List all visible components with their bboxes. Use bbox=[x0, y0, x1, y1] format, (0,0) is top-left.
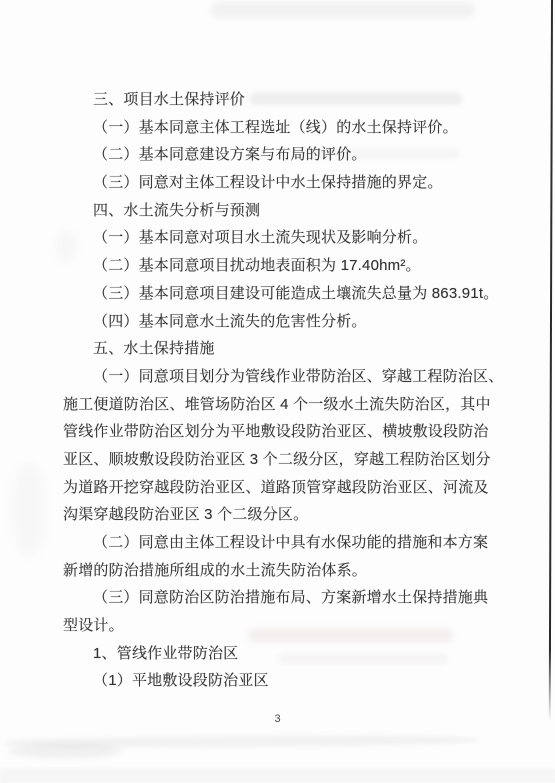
scan-artifact bbox=[0, 768, 555, 783]
text-line: 为道路开挖穿越段防治亚区、道路顶管穿越段防治亚区、河流及 bbox=[63, 474, 486, 502]
text-line: （二）基本同意项目扰动地表面积为 17.40hm²。 bbox=[63, 252, 486, 280]
document-page: 三、项目水土保持评价（一）基本同意主体工程选址（线）的水土保持评价。（二）基本同… bbox=[0, 0, 555, 783]
text-line: （三）同意防治区防治措施布局、方案新增水土保持措施典 bbox=[63, 584, 486, 612]
scan-artifact bbox=[12, 462, 46, 557]
document-body: 三、项目水土保持评价（一）基本同意主体工程选址（线）的水土保持评价。（二）基本同… bbox=[63, 86, 486, 695]
text-line: 亚区、顺坡敷设段防治亚区 3 个二级分区，穿越工程防治区划分 bbox=[63, 446, 486, 474]
text-line: （一）基本同意主体工程选址（线）的水土保持评价。 bbox=[63, 114, 486, 142]
text-line: （二）同意由主体工程设计中具有水保功能的措施和本方案 bbox=[63, 529, 486, 557]
text-line: 管线作业带防治区划分为平地敷设段防治亚区、横坡敷设段防治 bbox=[63, 418, 486, 446]
scan-edge-line bbox=[549, 0, 553, 722]
text-line: 1、管线作业带防治区 bbox=[63, 640, 486, 668]
text-line: 五、水土保持措施 bbox=[63, 335, 486, 363]
text-line: （一）基本同意对项目水土流失现状及影响分析。 bbox=[63, 224, 486, 252]
text-line: 型设计。 bbox=[63, 612, 486, 640]
text-line: 施工便道防治区、堆管场防治区 4 个一级水土流失防治区，其中 bbox=[63, 391, 486, 419]
text-line: （四）基本同意水土流失的危害性分析。 bbox=[63, 308, 486, 336]
text-line: 沟渠穿越段防治亚区 3 个二级分区。 bbox=[63, 501, 486, 529]
scan-artifact bbox=[5, 734, 477, 748]
text-line: 三、项目水土保持评价 bbox=[63, 86, 486, 114]
text-line: 新增的防治措施所组成的水土流失防治体系。 bbox=[63, 557, 486, 585]
text-line: （二）基本同意建设方案与布局的评价。 bbox=[63, 141, 486, 169]
text-line: 四、水土流失分析与预测 bbox=[63, 197, 486, 225]
scan-artifact bbox=[210, 2, 475, 18]
scan-artifact bbox=[8, 744, 123, 758]
text-line: （三）基本同意项目建设可能造成土壤流失总量为 863.91t。 bbox=[63, 280, 486, 308]
text-line: （一）同意项目划分为管线作业带防治区、穿越工程防治区、 bbox=[63, 363, 486, 391]
text-line: （三）同意对主体工程设计中水土保持措施的界定。 bbox=[63, 169, 486, 197]
page-number: 3 bbox=[0, 713, 555, 725]
text-line: （1）平地敷设段防治亚区 bbox=[63, 667, 486, 695]
